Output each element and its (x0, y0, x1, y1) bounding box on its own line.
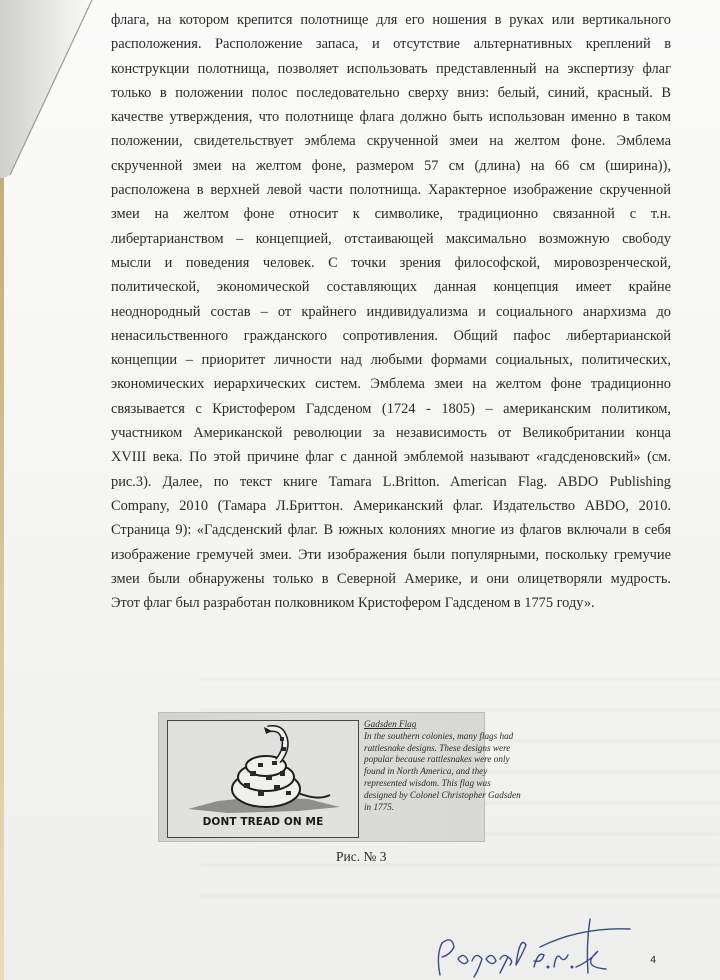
text-line: скрученной змеи на желтом фоне, размером… (111, 154, 671, 178)
text-line: расположена в верхней левой части полотн… (111, 178, 671, 202)
text-line: XVIII века. По этой причине флаг с данно… (111, 445, 671, 469)
text-line: мысли и поведения человек. С точки зрени… (111, 251, 671, 275)
caption-line: represented wisdom. This flag was (364, 778, 480, 790)
caption-line: found in North America, and they (364, 766, 480, 778)
text-line: змеи на желтом фоне относит к символике,… (111, 202, 671, 226)
caption-line: rattlesnake designs. These designs were (364, 743, 480, 755)
figure-gadsden-flag: DONT TREAD ON ME Gadsden Flag In the sou… (158, 712, 485, 842)
text-line: только в положении полос последовательно… (111, 81, 671, 105)
caption-line: in 1775. (364, 802, 480, 814)
text-line: конструкции полотнища, позволяет использ… (111, 57, 671, 81)
page-number: 4 (650, 955, 656, 966)
gadsden-flag-image: DONT TREAD ON ME (167, 720, 359, 838)
text-line: расположения. Расположение запаса, и отс… (111, 32, 671, 56)
caption-line: In the southern colonies, many flags had (364, 731, 480, 743)
figure-label: Рис. № 3 (336, 849, 386, 865)
text-line: рис.3). Далее, по текст книге Tamara L.B… (111, 470, 671, 494)
flag-motto: DONT TREAD ON ME (168, 816, 358, 828)
text-line: качестве утверждения, что полотнище флаг… (111, 105, 671, 129)
document-page: флага, на котором крепится полотнище для… (0, 0, 720, 980)
text-line: изображение гремучей змеи. Эти изображен… (111, 543, 671, 567)
text-line: змеи были обнаружены только в Северной А… (111, 567, 671, 591)
text-line: участником Американской революции за нез… (111, 421, 671, 445)
page-curl-shadow (0, 0, 100, 980)
caption-line: popular because rattlesnakes were only (364, 754, 480, 766)
text-line: экономических иерархических систем. Эмбл… (111, 372, 671, 396)
text-line: ненасильственного гражданского сопротивл… (111, 324, 671, 348)
caption-title: Gadsden Flag (364, 719, 480, 731)
text-line: политической, экономической составляющих… (111, 275, 671, 299)
text-line: Страница 9): «Гадсденский флаг. В южных … (111, 518, 671, 542)
text-line: связывается с Кристофером Гадсденом (172… (111, 397, 671, 421)
text-line: концепции – приоритет личности над любым… (111, 348, 671, 372)
text-line: неоднородный состав – от крайнего индиви… (111, 300, 671, 324)
text-line: Этот флаг был разработан полковником Кри… (111, 591, 671, 615)
caption-line: designed by Colonel Christopher Gadsden (364, 790, 480, 802)
figure-caption: Gadsden Flag In the southern colonies, m… (364, 719, 480, 813)
text-line: положении, свидетельствует эмблема скруч… (111, 129, 671, 153)
signature (430, 915, 650, 980)
text-line: Company, 2010 (Тамара Л.Бриттон. Америка… (111, 494, 671, 518)
body-text: флага, на котором крепится полотнище для… (111, 8, 671, 615)
text-line: либертарианством – концепцией, отстаиваю… (111, 227, 671, 251)
text-line: флага, на котором крепится полотнище для… (111, 8, 671, 32)
